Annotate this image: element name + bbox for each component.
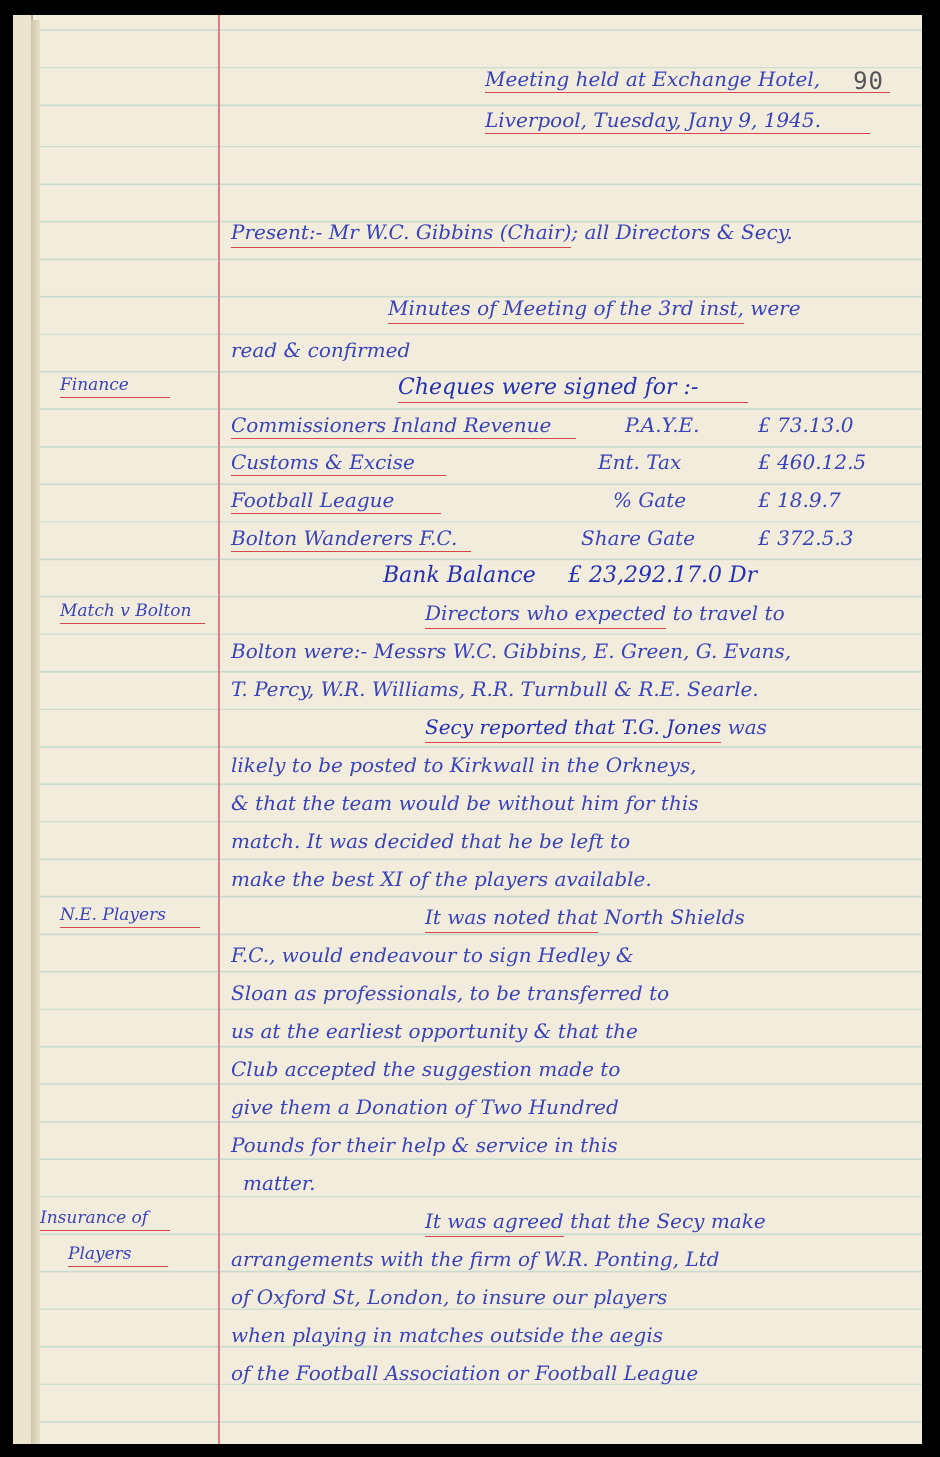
ne-line-3: Sloan as professionals, to be transferre… bbox=[231, 983, 669, 1003]
minutes-rest: were bbox=[744, 296, 801, 320]
margin-rule bbox=[218, 15, 220, 1444]
bolton-line-8: make the best XI of the players availabl… bbox=[231, 869, 652, 889]
ne-line-6: give them a Donation of Two Hundred bbox=[231, 1097, 619, 1117]
bolton-line-2: Bolton were:- Messrs W.C. Gibbins, E. Gr… bbox=[231, 641, 791, 661]
binding-shadow bbox=[31, 20, 40, 1444]
ne-line-5: Club accepted the suggestion made to bbox=[231, 1059, 620, 1079]
noted-rest: North Shields bbox=[598, 905, 745, 929]
bank-balance-value: £ 23,292.17.0 Dr bbox=[568, 565, 757, 587]
cheque-payee-1: Commissioners Inland Revenue bbox=[231, 415, 576, 439]
agreed-underlined: It was agreed bbox=[425, 1209, 564, 1237]
minutes-line2: read & confirmed bbox=[231, 340, 410, 360]
cheques-title: Cheques were signed for :- bbox=[398, 377, 748, 403]
margin-note-ne-players: N.E. Players bbox=[60, 907, 200, 928]
margin-note-match-bolton: Match v Bolton bbox=[60, 603, 205, 624]
secy-reported-rest: was bbox=[721, 715, 767, 739]
bolton-line-4: Secy reported that T.G. Jones was bbox=[425, 717, 767, 737]
bolton-rest: to travel to bbox=[666, 601, 784, 625]
cheque-purpose-2: Ent. Tax bbox=[598, 452, 681, 472]
cheque-payee-4: Bolton Wanderers F.C. bbox=[231, 528, 471, 552]
cheque-amount-3: £ 18.9.7 bbox=[758, 490, 841, 510]
cheque-amount-1: £ 73.13.0 bbox=[758, 415, 853, 435]
bolton-line-5: likely to be posted to Kirkwall in the O… bbox=[231, 755, 696, 775]
cheque-purpose-1: P.A.Y.E. bbox=[625, 415, 700, 435]
present-rest: ; all Directors & Secy. bbox=[571, 220, 792, 244]
cheque-purpose-4: Share Gate bbox=[581, 528, 695, 548]
ne-line-1: It was noted that North Shields bbox=[425, 907, 745, 927]
secy-reported-underlined: Secy reported that T.G. Jones bbox=[425, 715, 721, 743]
noted-underlined: It was noted that bbox=[425, 905, 598, 933]
bolton-line-6: & that the team would be without him for… bbox=[231, 793, 699, 813]
bolton-line-1: Directors who expected to travel to bbox=[425, 603, 785, 623]
insurance-line-1: It was agreed that the Secy make bbox=[425, 1211, 766, 1231]
margin-note-players: Players bbox=[68, 1246, 168, 1267]
present-chair: Mr W.C. Gibbins (Chair) bbox=[329, 220, 572, 244]
margin-note-finance: Finance bbox=[60, 377, 170, 398]
insurance-line-5: of the Football Association or Football … bbox=[231, 1363, 698, 1383]
present-line: Present:- Mr W.C. Gibbins (Chair); all D… bbox=[231, 222, 793, 242]
bolton-line-7: match. It was decided that he be left to bbox=[231, 831, 630, 851]
meeting-heading-line2: Liverpool, Tuesday, Jany 9, 1945. bbox=[485, 110, 870, 134]
bolton-line-3: T. Percy, W.R. Williams, R.R. Turnbull &… bbox=[231, 679, 759, 699]
minutes-underlined: Minutes of Meeting of the 3rd inst, bbox=[388, 296, 744, 324]
meeting-heading-line1: Meeting held at Exchange Hotel, bbox=[485, 69, 890, 93]
page-binding bbox=[13, 15, 33, 1444]
ne-line-8: matter. bbox=[243, 1173, 316, 1193]
ne-line-7: Pounds for their help & service in this bbox=[231, 1135, 618, 1155]
insurance-line-3: of Oxford St, London, to insure our play… bbox=[231, 1287, 667, 1307]
present-label: Present:- Mr W.C. Gibbins (Chair) bbox=[231, 220, 571, 248]
ledger-page: 90 Meeting held at Exchange Hotel, Liver… bbox=[13, 15, 922, 1444]
ne-line-4: us at the earliest opportunity & that th… bbox=[231, 1021, 638, 1041]
ne-line-2: F.C., would endeavour to sign Hedley & bbox=[231, 945, 634, 965]
insurance-line-4: when playing in matches outside the aegi… bbox=[231, 1325, 663, 1345]
present-label-text: Present:- bbox=[231, 220, 322, 244]
cheque-payee-3: Football League bbox=[231, 490, 441, 514]
cheque-purpose-3: % Gate bbox=[613, 490, 686, 510]
agreed-rest: that the Secy make bbox=[564, 1209, 766, 1233]
bank-balance-label: Bank Balance bbox=[383, 565, 536, 587]
cheque-amount-2: £ 460.12.5 bbox=[758, 452, 866, 472]
minutes-line: Minutes of Meeting of the 3rd inst, were bbox=[388, 298, 801, 318]
margin-note-insurance: Insurance of bbox=[40, 1210, 170, 1231]
cheque-amount-4: £ 372.5.3 bbox=[758, 528, 853, 548]
insurance-line-2: arrangements with the firm of W.R. Ponti… bbox=[231, 1249, 719, 1269]
cheque-payee-2: Customs & Excise bbox=[231, 452, 446, 476]
bolton-underlined: Directors who expected bbox=[425, 601, 666, 629]
